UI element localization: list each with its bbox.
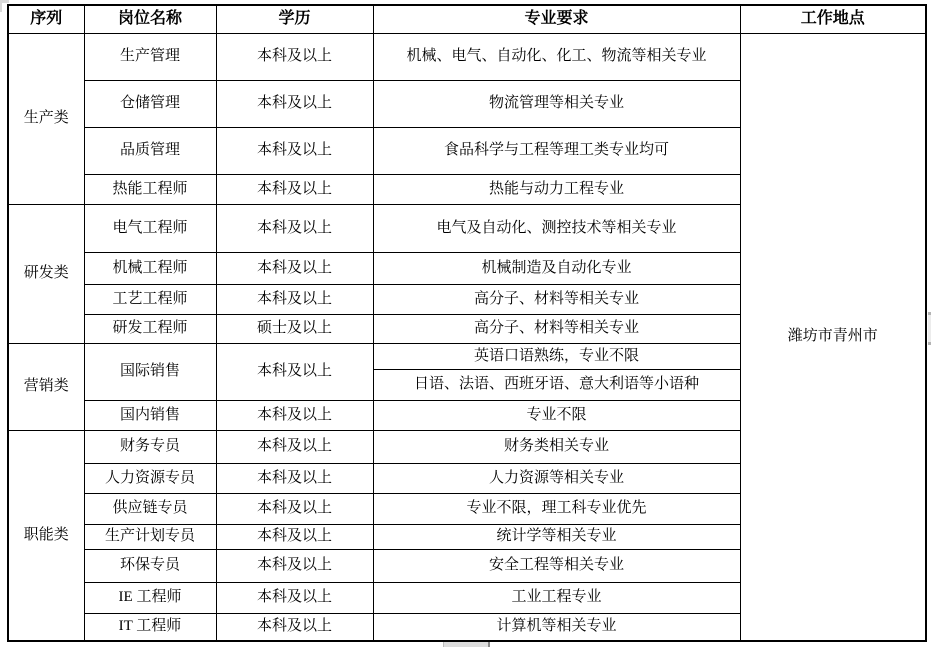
location-cell: 潍坊市青州市: [740, 33, 926, 641]
column-header-major: 专业要求: [373, 5, 740, 33]
major-cell: 安全工程等相关专业: [373, 549, 740, 582]
major-cell: 热能与动力工程专业: [373, 174, 740, 204]
education-cell: 本科及以上: [216, 400, 373, 430]
document-page: 序列 岗位名称 学历 专业要求 工作地点 生产类 生产管理 本科及以上 机械、电…: [0, 0, 931, 647]
position-cell: 热能工程师: [84, 174, 216, 204]
education-cell: 本科及以上: [216, 582, 373, 613]
education-cell: 本科及以上: [216, 127, 373, 174]
education-cell: 本科及以上: [216, 430, 373, 463]
position-cell: 生产计划专员: [84, 524, 216, 549]
column-header-education: 学历: [216, 5, 373, 33]
education-cell: 本科及以上: [216, 549, 373, 582]
major-cell: 计算机等相关专业: [373, 613, 740, 641]
major-cell: 机械、电气、自动化、化工、物流等相关专业: [373, 33, 740, 80]
position-cell: 机械工程师: [84, 252, 216, 284]
major-cell: 高分子、材料等相关专业: [373, 284, 740, 314]
position-cell: 仓储管理: [84, 80, 216, 127]
recruitment-table: 序列 岗位名称 学历 专业要求 工作地点 生产类 生产管理 本科及以上 机械、电…: [7, 4, 927, 642]
position-cell: 财务专员: [84, 430, 216, 463]
education-cell: 本科及以上: [216, 493, 373, 524]
position-cell: IT 工程师: [84, 613, 216, 641]
major-cell: 机械制造及自动化专业: [373, 252, 740, 284]
position-cell: 生产管理: [84, 33, 216, 80]
education-cell: 本科及以上: [216, 252, 373, 284]
education-cell: 本科及以上: [216, 463, 373, 493]
education-cell: 本科及以上: [216, 80, 373, 127]
education-cell: 本科及以上: [216, 613, 373, 641]
major-cell: 食品科学与工程等理工类专业均可: [373, 127, 740, 174]
major-cell: 高分子、材料等相关专业: [373, 314, 740, 343]
position-cell: 研发工程师: [84, 314, 216, 343]
education-cell: 本科及以上: [216, 284, 373, 314]
major-cell: 财务类相关专业: [373, 430, 740, 463]
table-row: 生产类 生产管理 本科及以上 机械、电气、自动化、化工、物流等相关专业 潍坊市青…: [8, 33, 926, 80]
major-cell: 工业工程专业: [373, 582, 740, 613]
major-cell: 物流管理等相关专业: [373, 80, 740, 127]
column-header-location: 工作地点: [740, 5, 926, 33]
position-cell: 品质管理: [84, 127, 216, 174]
horizontal-scrollbar-thumb[interactable]: [443, 642, 490, 647]
position-cell: IE 工程师: [84, 582, 216, 613]
position-cell: 工艺工程师: [84, 284, 216, 314]
major-cell: 专业不限，理工科专业优先: [373, 493, 740, 524]
column-header-seq: 序列: [8, 5, 84, 33]
education-cell: 本科及以上: [216, 174, 373, 204]
position-cell: 人力资源专员: [84, 463, 216, 493]
education-cell: 本科及以上: [216, 204, 373, 252]
position-cell: 国内销售: [84, 400, 216, 430]
category-cell: 研发类: [8, 204, 84, 343]
major-cell: 专业不限: [373, 400, 740, 430]
category-cell: 营销类: [8, 343, 84, 430]
education-cell: 本科及以上: [216, 33, 373, 80]
major-cell: 统计学等相关专业: [373, 524, 740, 549]
position-cell: 电气工程师: [84, 204, 216, 252]
category-cell: 职能类: [8, 430, 84, 641]
column-header-position: 岗位名称: [84, 5, 216, 33]
table-header-row: 序列 岗位名称 学历 专业要求 工作地点: [8, 5, 926, 33]
education-cell: 本科及以上: [216, 524, 373, 549]
major-cell: 人力资源等相关专业: [373, 463, 740, 493]
position-cell: 国际销售: [84, 343, 216, 400]
education-cell: 硕士及以上: [216, 314, 373, 343]
position-cell: 供应链专员: [84, 493, 216, 524]
window-edge-artifact: [0, 0, 2, 12]
education-cell: 本科及以上: [216, 343, 373, 400]
major-cell: 英语口语熟练，专业不限: [373, 343, 740, 369]
category-cell: 生产类: [8, 33, 84, 204]
major-cell: 日语、法语、西班牙语、意大利语等小语种: [373, 369, 740, 400]
major-cell: 电气及自动化、测控技术等相关专业: [373, 204, 740, 252]
position-cell: 环保专员: [84, 549, 216, 582]
